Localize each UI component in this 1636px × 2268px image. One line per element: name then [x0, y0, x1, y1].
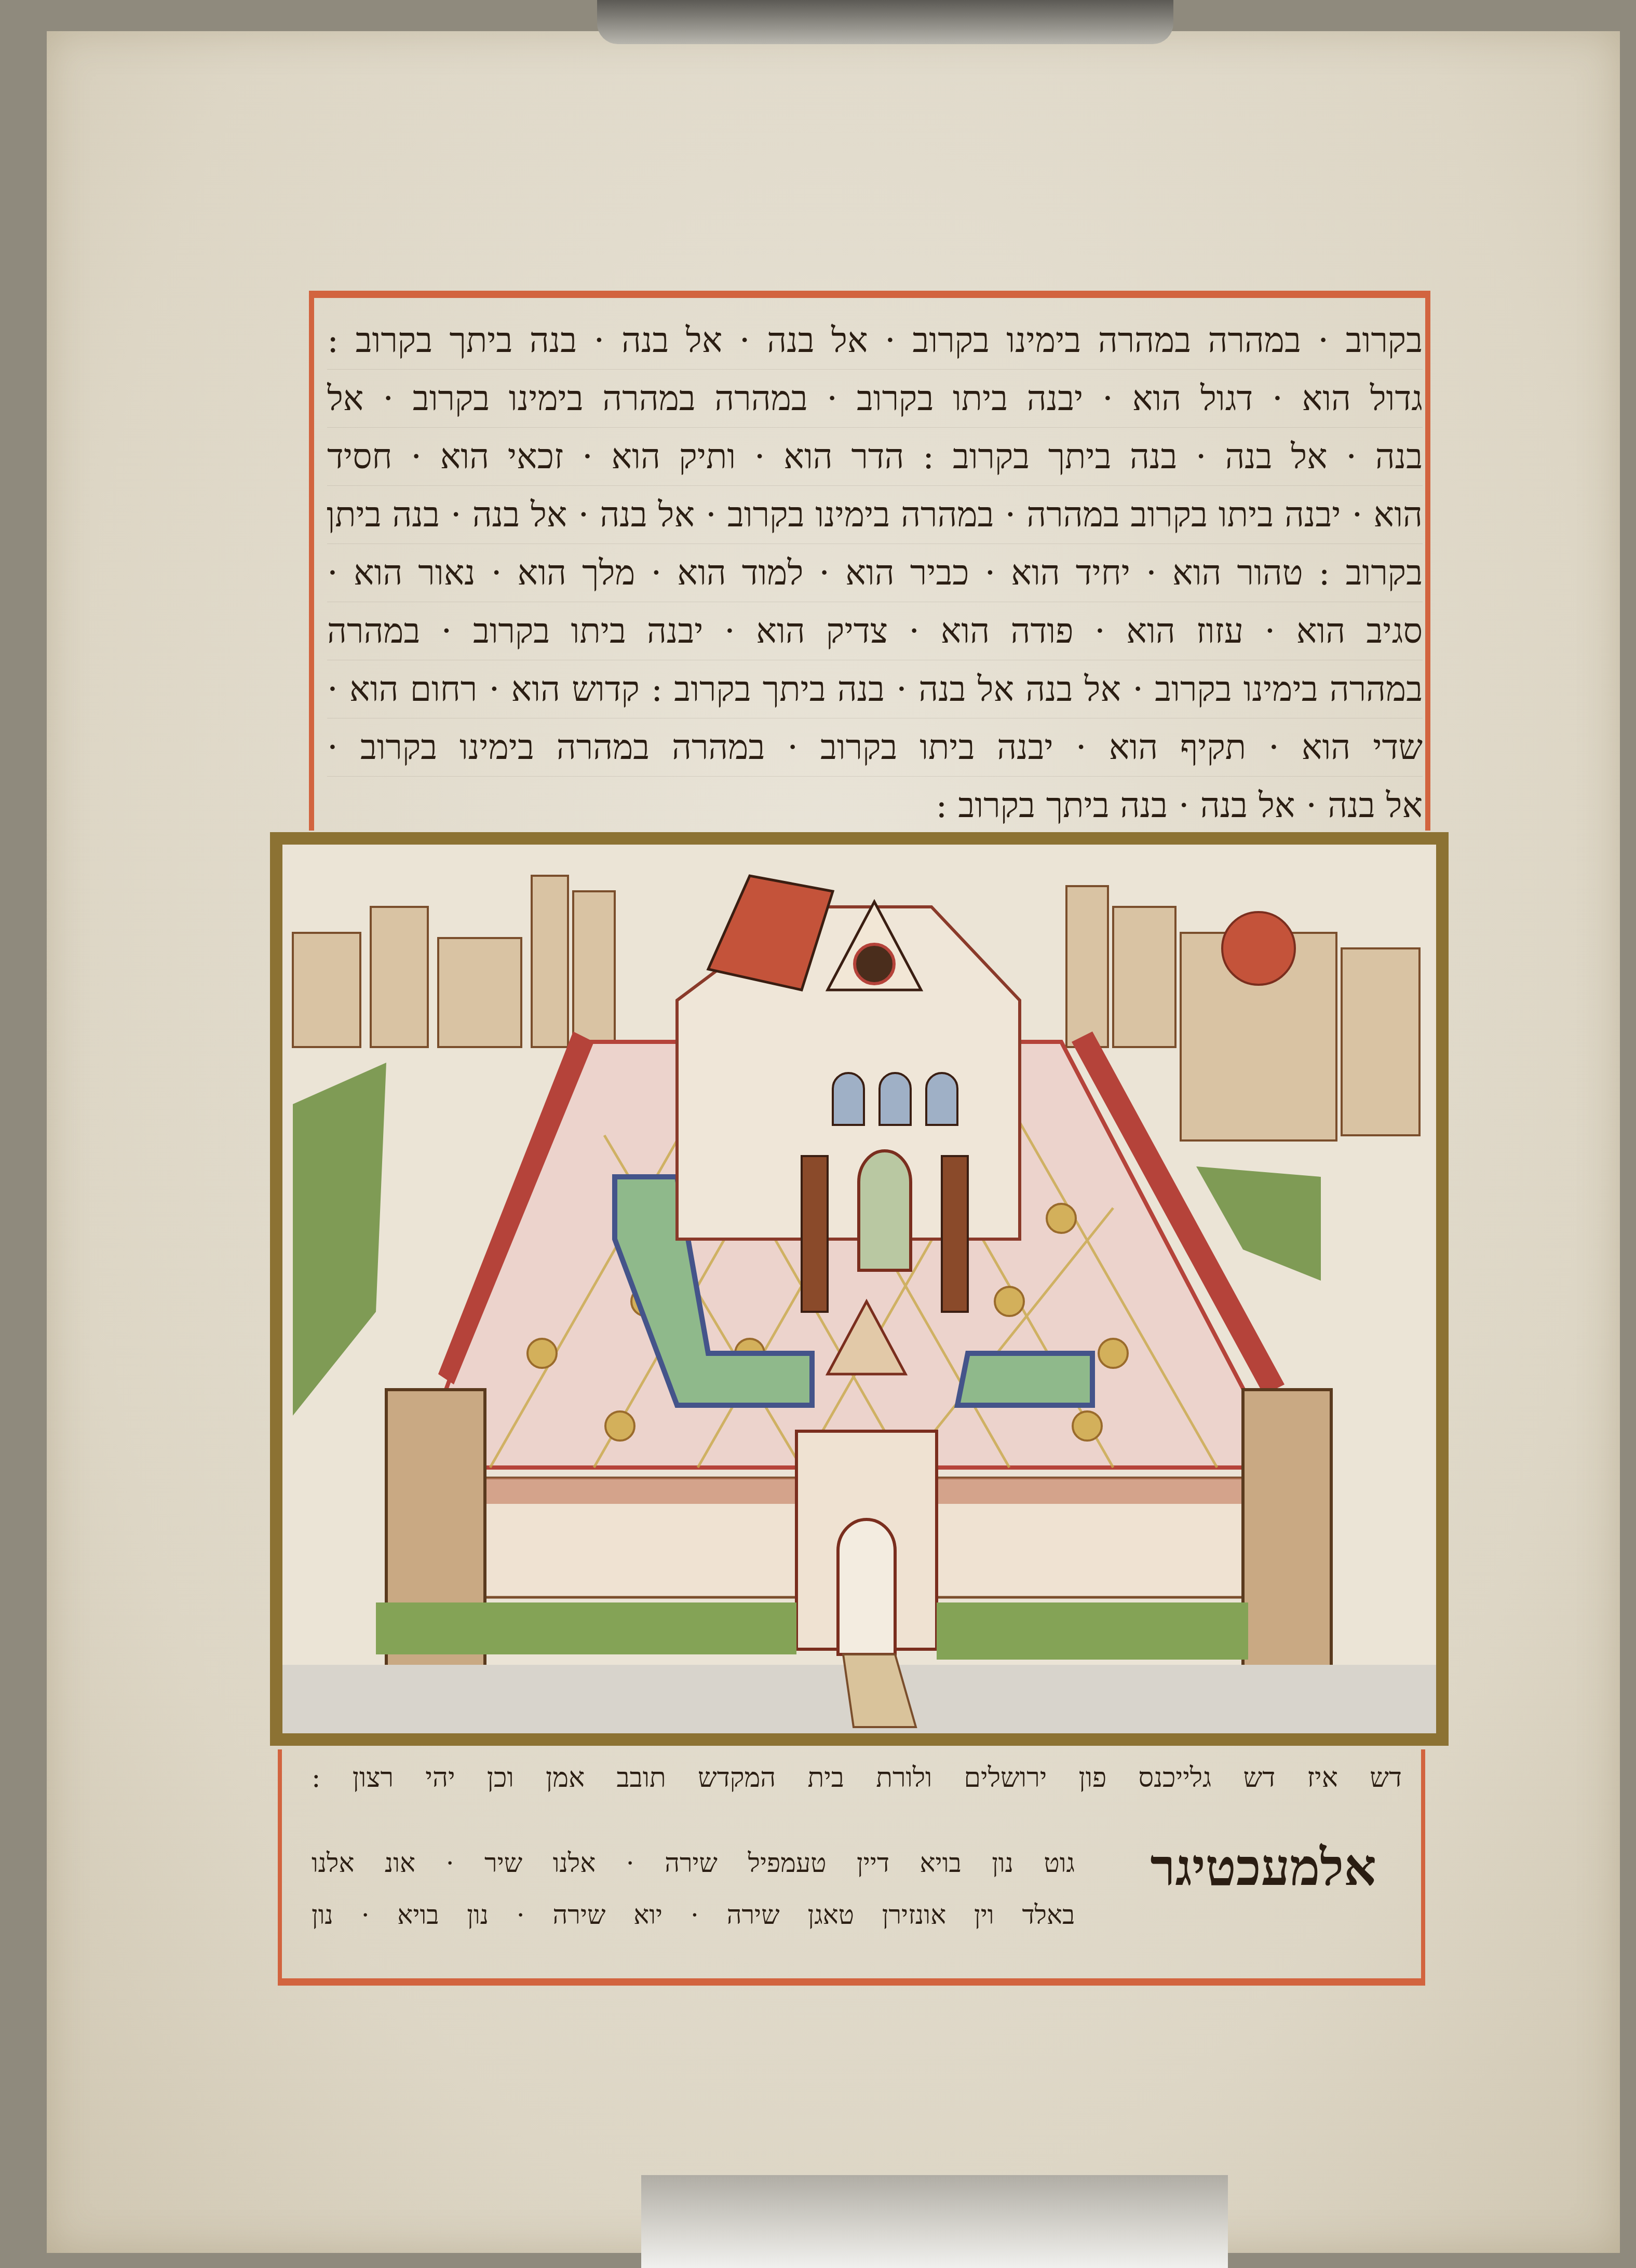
text-line: בקרוב : טהור הוא · יחיד הוא · כביר הוא ·… [327, 544, 1423, 602]
text-line: אל בנה · אל בנה · בנה ביתך בקרוב : [327, 777, 1423, 835]
caption-line: באלד וין אונזירן טאגן שירה · יוא שירה · … [312, 1900, 1075, 1930]
temple-illustration [270, 832, 1449, 1746]
text-line: סגיב הוא · עזוז הוא · פודה הוא · צדיק הו… [327, 602, 1423, 660]
page-clamp-bottom [641, 2175, 1228, 2268]
hebrew-text-block: בקרוב · במהרה במהרה בימינו בקרוב · אל בנ… [327, 311, 1423, 835]
text-line: שדי הוא · תקיף הוא · יבנה ביתו בקרוב · ב… [327, 718, 1423, 777]
caption-line: גוט נון בויא דיין טעמפיל שירה · אלנו שיר… [312, 1848, 1075, 1878]
temple-painting-icon [282, 845, 1436, 1733]
text-line: הוא · יבנה ביתו בקרוב במהרה · במהרה בימי… [327, 486, 1423, 544]
caption-title: אלמעכטיגר [1150, 1838, 1376, 1897]
text-line: גדול הוא · דגול הוא · יבנה ביתו בקרוב · … [327, 370, 1423, 428]
text-line: במהרה בימינו בקרוב · אל בנה אל בנה · בנה… [327, 660, 1423, 718]
text-line: בנה · אל בנה · בנה ביתך בקרוב : הדר הוא … [327, 428, 1423, 486]
text-line: בקרוב · במהרה במהרה בימינו בקרוב · אל בנ… [327, 311, 1423, 370]
caption-line: דש איז דש גלייכנס פון ירושלים ולורת בית … [312, 1762, 1402, 1794]
page-clamp-top [597, 0, 1173, 44]
